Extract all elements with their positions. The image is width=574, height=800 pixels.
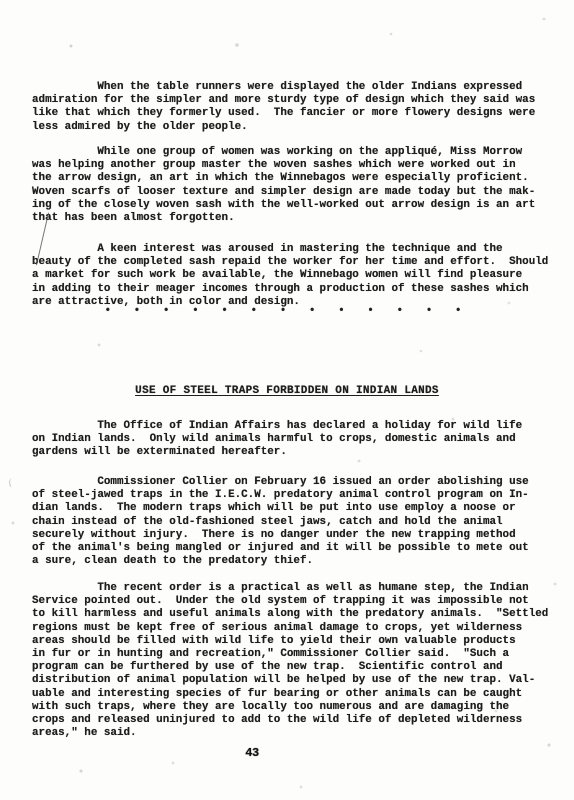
- section-separator-dots: • • • • • • • • • • • • •: [0, 305, 574, 317]
- margin-pencil-mark: [9, 477, 16, 488]
- paragraph-applique-sashes: While one group of women was working on …: [32, 146, 552, 225]
- paragraph-recent-order: The recent order is a practical as well …: [32, 582, 552, 740]
- paragraph-table-runners: When the table runners were displayed th…: [32, 81, 552, 134]
- article-heading: USE OF STEEL TRAPS FORBIDDEN ON INDIAN L…: [0, 385, 574, 397]
- scan-speck-noise: [0, 0, 2, 2]
- paragraph-collier-order: Commissioner Collier on February 16 issu…: [32, 476, 552, 568]
- paragraph-office-declaration: The Office of Indian Affairs has declare…: [32, 420, 552, 460]
- scanned-document-page: When the table runners were displayed th…: [0, 0, 574, 800]
- paragraph-keen-interest: A keen interest was aroused in mastering…: [32, 243, 552, 309]
- page-number: 43: [0, 746, 504, 760]
